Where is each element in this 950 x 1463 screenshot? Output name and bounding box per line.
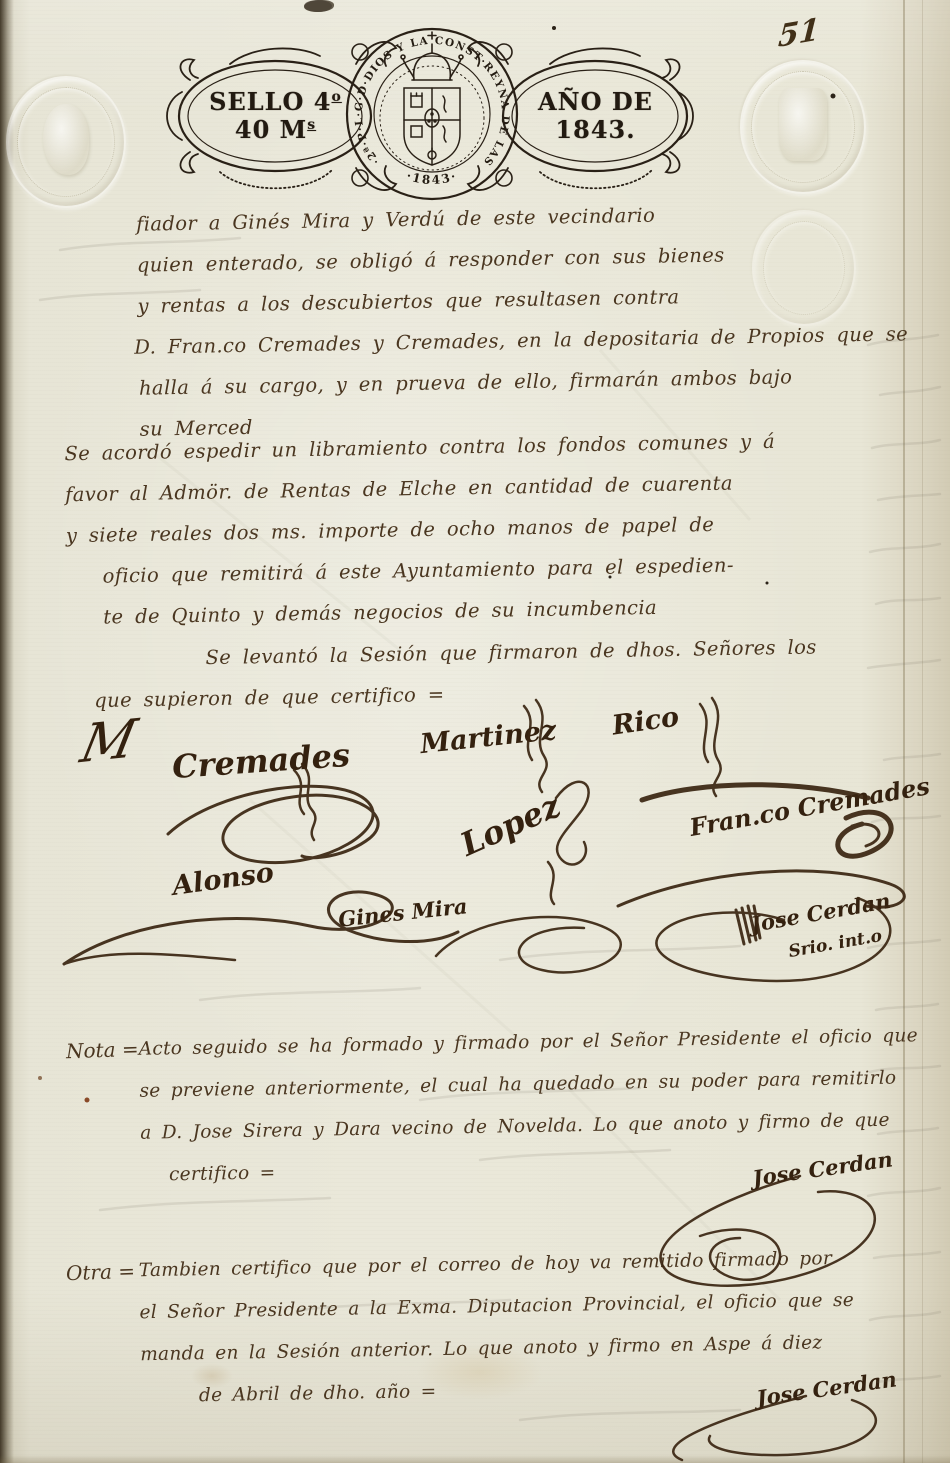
embossed-portrait bbox=[43, 104, 89, 176]
alonso-tail bbox=[64, 954, 235, 964]
franco-cremades-knot-inner bbox=[852, 824, 879, 846]
year-text: 1843. bbox=[513, 116, 678, 144]
franco-cremades-knot bbox=[838, 812, 891, 856]
folio-number: 51 bbox=[777, 12, 821, 55]
otra-paragraph: Tambien certifico que por el correo de h… bbox=[139, 1248, 856, 1428]
stamp-left-oval-label: SELLO 4o 40 Ms bbox=[193, 88, 358, 143]
paragraph-1: fiador a Ginés Mira y Verdú de este veci… bbox=[136, 199, 910, 458]
page-edge-line-2 bbox=[922, 0, 923, 1463]
signature-gines-mira: Gines Mira bbox=[337, 893, 468, 931]
maravedis-sup: s bbox=[307, 117, 316, 133]
signature-alonso: Alonso bbox=[170, 857, 275, 902]
manuscript-page: ISAB·2ª·P·L·G·D·DIOS Y LA CONST·REYNA DE… bbox=[0, 0, 950, 1463]
sello-text: SELLO 4 bbox=[209, 87, 331, 116]
embossed-seal-left bbox=[6, 76, 126, 208]
paragraph-2: Se acordó espedir un libramiento contra … bbox=[64, 430, 778, 647]
binding-gutter bbox=[0, 0, 14, 1463]
embossed-arms bbox=[779, 88, 828, 161]
stamp-right-oval-label: AÑO DE 1843. bbox=[513, 88, 678, 143]
signature-lopez: Lopez bbox=[455, 786, 566, 863]
stamp-year-legend: ·1843· bbox=[405, 169, 460, 188]
ano-de-text: AÑO DE bbox=[513, 88, 678, 116]
royal-shield-icon bbox=[404, 88, 460, 165]
paragraph-3: Se levantó la Sesión que firmaron de dho… bbox=[65, 635, 818, 730]
page-bottom-shade bbox=[0, 1455, 950, 1463]
manuscript-line: que supieron de que certifico = bbox=[94, 676, 818, 730]
gines-mira-flourish bbox=[436, 917, 621, 972]
signature-secretary-title: Srio. int.o bbox=[787, 926, 884, 962]
nota-label: Nota = bbox=[66, 1037, 139, 1064]
svg-text:·1843·: ·1843· bbox=[405, 169, 460, 188]
sello-ordinal: o bbox=[332, 89, 342, 105]
embossed-seal-right-upper bbox=[740, 60, 866, 194]
maravedis-text: 40 M bbox=[235, 115, 307, 144]
ink-smudge bbox=[304, 0, 334, 12]
otra-label: Otra = bbox=[66, 1259, 136, 1285]
signature-franco-cremades: Fran.co Cremades bbox=[687, 771, 931, 842]
cremades-rubric bbox=[168, 786, 378, 862]
signature-cremades: Cremades bbox=[171, 736, 351, 786]
